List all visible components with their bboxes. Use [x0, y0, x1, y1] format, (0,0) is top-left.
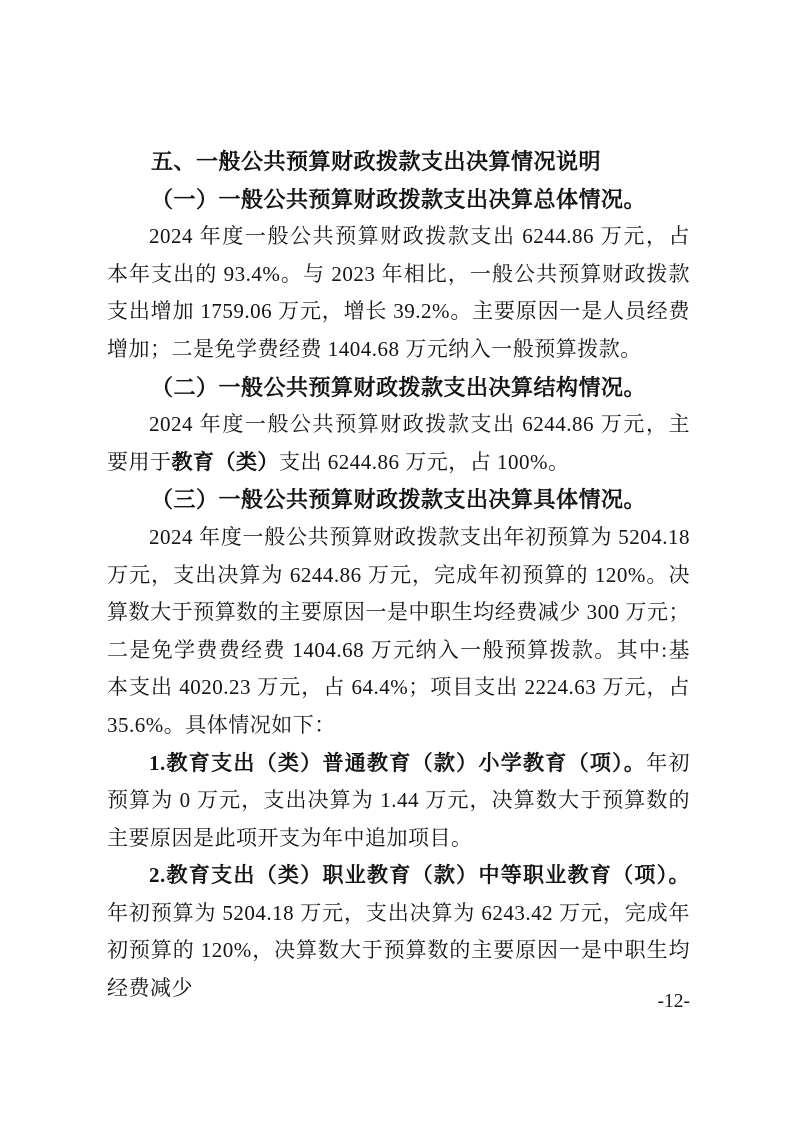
section-heading-5: 五、一般公共预算财政拨款支出决算情况说明 [107, 143, 690, 181]
heading-text: （一）一般公共预算财政拨款支出决算总体情况。 [151, 187, 646, 212]
item-title-bold: 1.教育支出（类）普通教育（款）小学教育（项）。 [149, 751, 646, 775]
paragraph-item-2: 2.教育支出（类）职业教育（款）中等职业教育（项）。年初预算为 5204.18 … [107, 857, 690, 1007]
heading-text: （二）一般公共预算财政拨款支出决算结构情况。 [151, 375, 646, 400]
document-page: 五、一般公共预算财政拨款支出决算情况说明 （一）一般公共预算财政拨款支出决算总体… [0, 0, 794, 1122]
paragraph-structure-situation: 2024 年度一般公共预算财政拨款支出 6244.86 万元，主要用于教育（类）… [107, 406, 690, 481]
paragraph-text: 2024 年度一般公共预算财政拨款支出 6244.86 万元，占本年支出的 93… [107, 224, 690, 361]
heading-text: 五、一般公共预算财政拨款支出决算情况说明 [151, 149, 601, 174]
paragraph-text: 支出 6244.86 万元，占 100%。 [279, 450, 570, 474]
paragraph-text: 年初预算为 5204.18 万元，支出决算为 6243.42 万元，完成年初预算… [107, 901, 690, 1000]
paragraph-text: 2024 年度一般公共预算财政拨款支出年初预算为 5204.18 万元，支出决算… [107, 525, 690, 737]
paragraph-overall-situation: 2024 年度一般公共预算财政拨款支出 6244.86 万元，占本年支出的 93… [107, 218, 690, 368]
document-content: 五、一般公共预算财政拨款支出决算情况说明 （一）一般公共预算财政拨款支出决算总体… [107, 143, 690, 1008]
page-number: -12- [658, 991, 691, 1013]
item-title-bold: 2.教育支出（类）职业教育（款）中等职业教育（项）。 [149, 863, 690, 887]
subsection-heading-2: （二）一般公共预算财政拨款支出决算结构情况。 [107, 369, 690, 407]
paragraph-item-1: 1.教育支出（类）普通教育（款）小学教育（项）。年初预算为 0 万元，支出决算为… [107, 745, 690, 858]
heading-text: （三）一般公共预算财政拨款支出决算具体情况。 [151, 487, 646, 512]
paragraph-specific-situation: 2024 年度一般公共预算财政拨款支出年初预算为 5204.18 万元，支出决算… [107, 519, 690, 745]
subsection-heading-1: （一）一般公共预算财政拨款支出决算总体情况。 [107, 181, 690, 219]
subsection-heading-3: （三）一般公共预算财政拨款支出决算具体情况。 [107, 481, 690, 519]
paragraph-text-bold: 教育（类） [172, 450, 280, 474]
